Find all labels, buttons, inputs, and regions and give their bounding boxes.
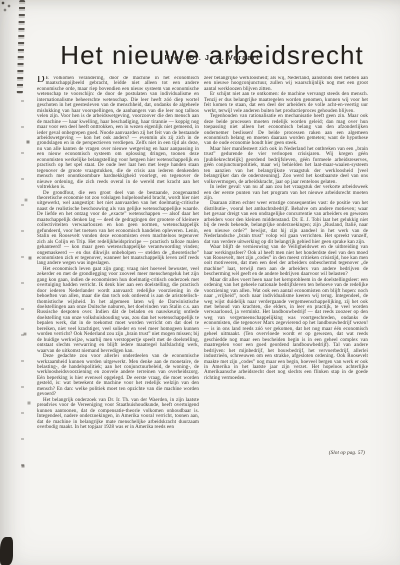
paragraph-text: E volkomen verandering, door de machine … [37, 76, 199, 190]
scan-artifact-margin-specks [21, 100, 24, 472]
continuation-note: (Slot op pag. 57) [204, 451, 368, 456]
paragraph: Deze gedachte zou voor allerlei onderdee… [37, 354, 199, 398]
paragraph: Het economisch leven gaat zijn gang; vra… [37, 267, 199, 354]
drop-cap: D [37, 76, 46, 85]
paragraph: Maar dit alles voert heen naar het kernp… [204, 278, 368, 382]
paragraph: DE volkomen verandering, door de machine… [37, 76, 199, 191]
scanned-page: Het nieuwe arbeidsrecht Prof. Dr. J. A. … [0, 0, 400, 565]
paragraph: Daaraan zitten echter weer ernstige cons… [204, 201, 368, 245]
paragraph: Maar hier manifesteert zich ook in Neder… [204, 147, 368, 185]
scan-artifact-bottom-blob [0, 537, 13, 565]
scan-artifact-corner-specks [0, 0, 16, 14]
paragraph: zeer belangrijke werkloosheid; als wij, … [204, 76, 368, 92]
left-column: DE volkomen verandering, door de machine… [37, 76, 199, 474]
paragraph: In ieder geval: van nu af aan zou het vr… [204, 185, 368, 201]
paragraph: Het belangrijk onderzoek van Dr. Ir. Th.… [37, 398, 199, 431]
right-column-body: zeer belangrijke werkloosheid; als wij, … [204, 76, 368, 446]
paragraph: De grondfout, die een groot deel van de … [37, 191, 199, 267]
paragraph: Er schijnt niet aan te ontkomen: de mach… [204, 92, 368, 114]
scan-artifact-dots [0, 0, 2, 2]
paragraph: Waar blijft de vernieuwing van de Veilig… [204, 245, 368, 278]
right-column: zeer belangrijke werkloosheid; als wij, … [204, 76, 368, 456]
scan-artifact-binding-strip [17, 0, 25, 94]
paragraph: Tegenhouden van rationalisatie en mechan… [204, 114, 368, 147]
article-byline: Prof. Dr. J. A. Veraart [56, 53, 368, 62]
